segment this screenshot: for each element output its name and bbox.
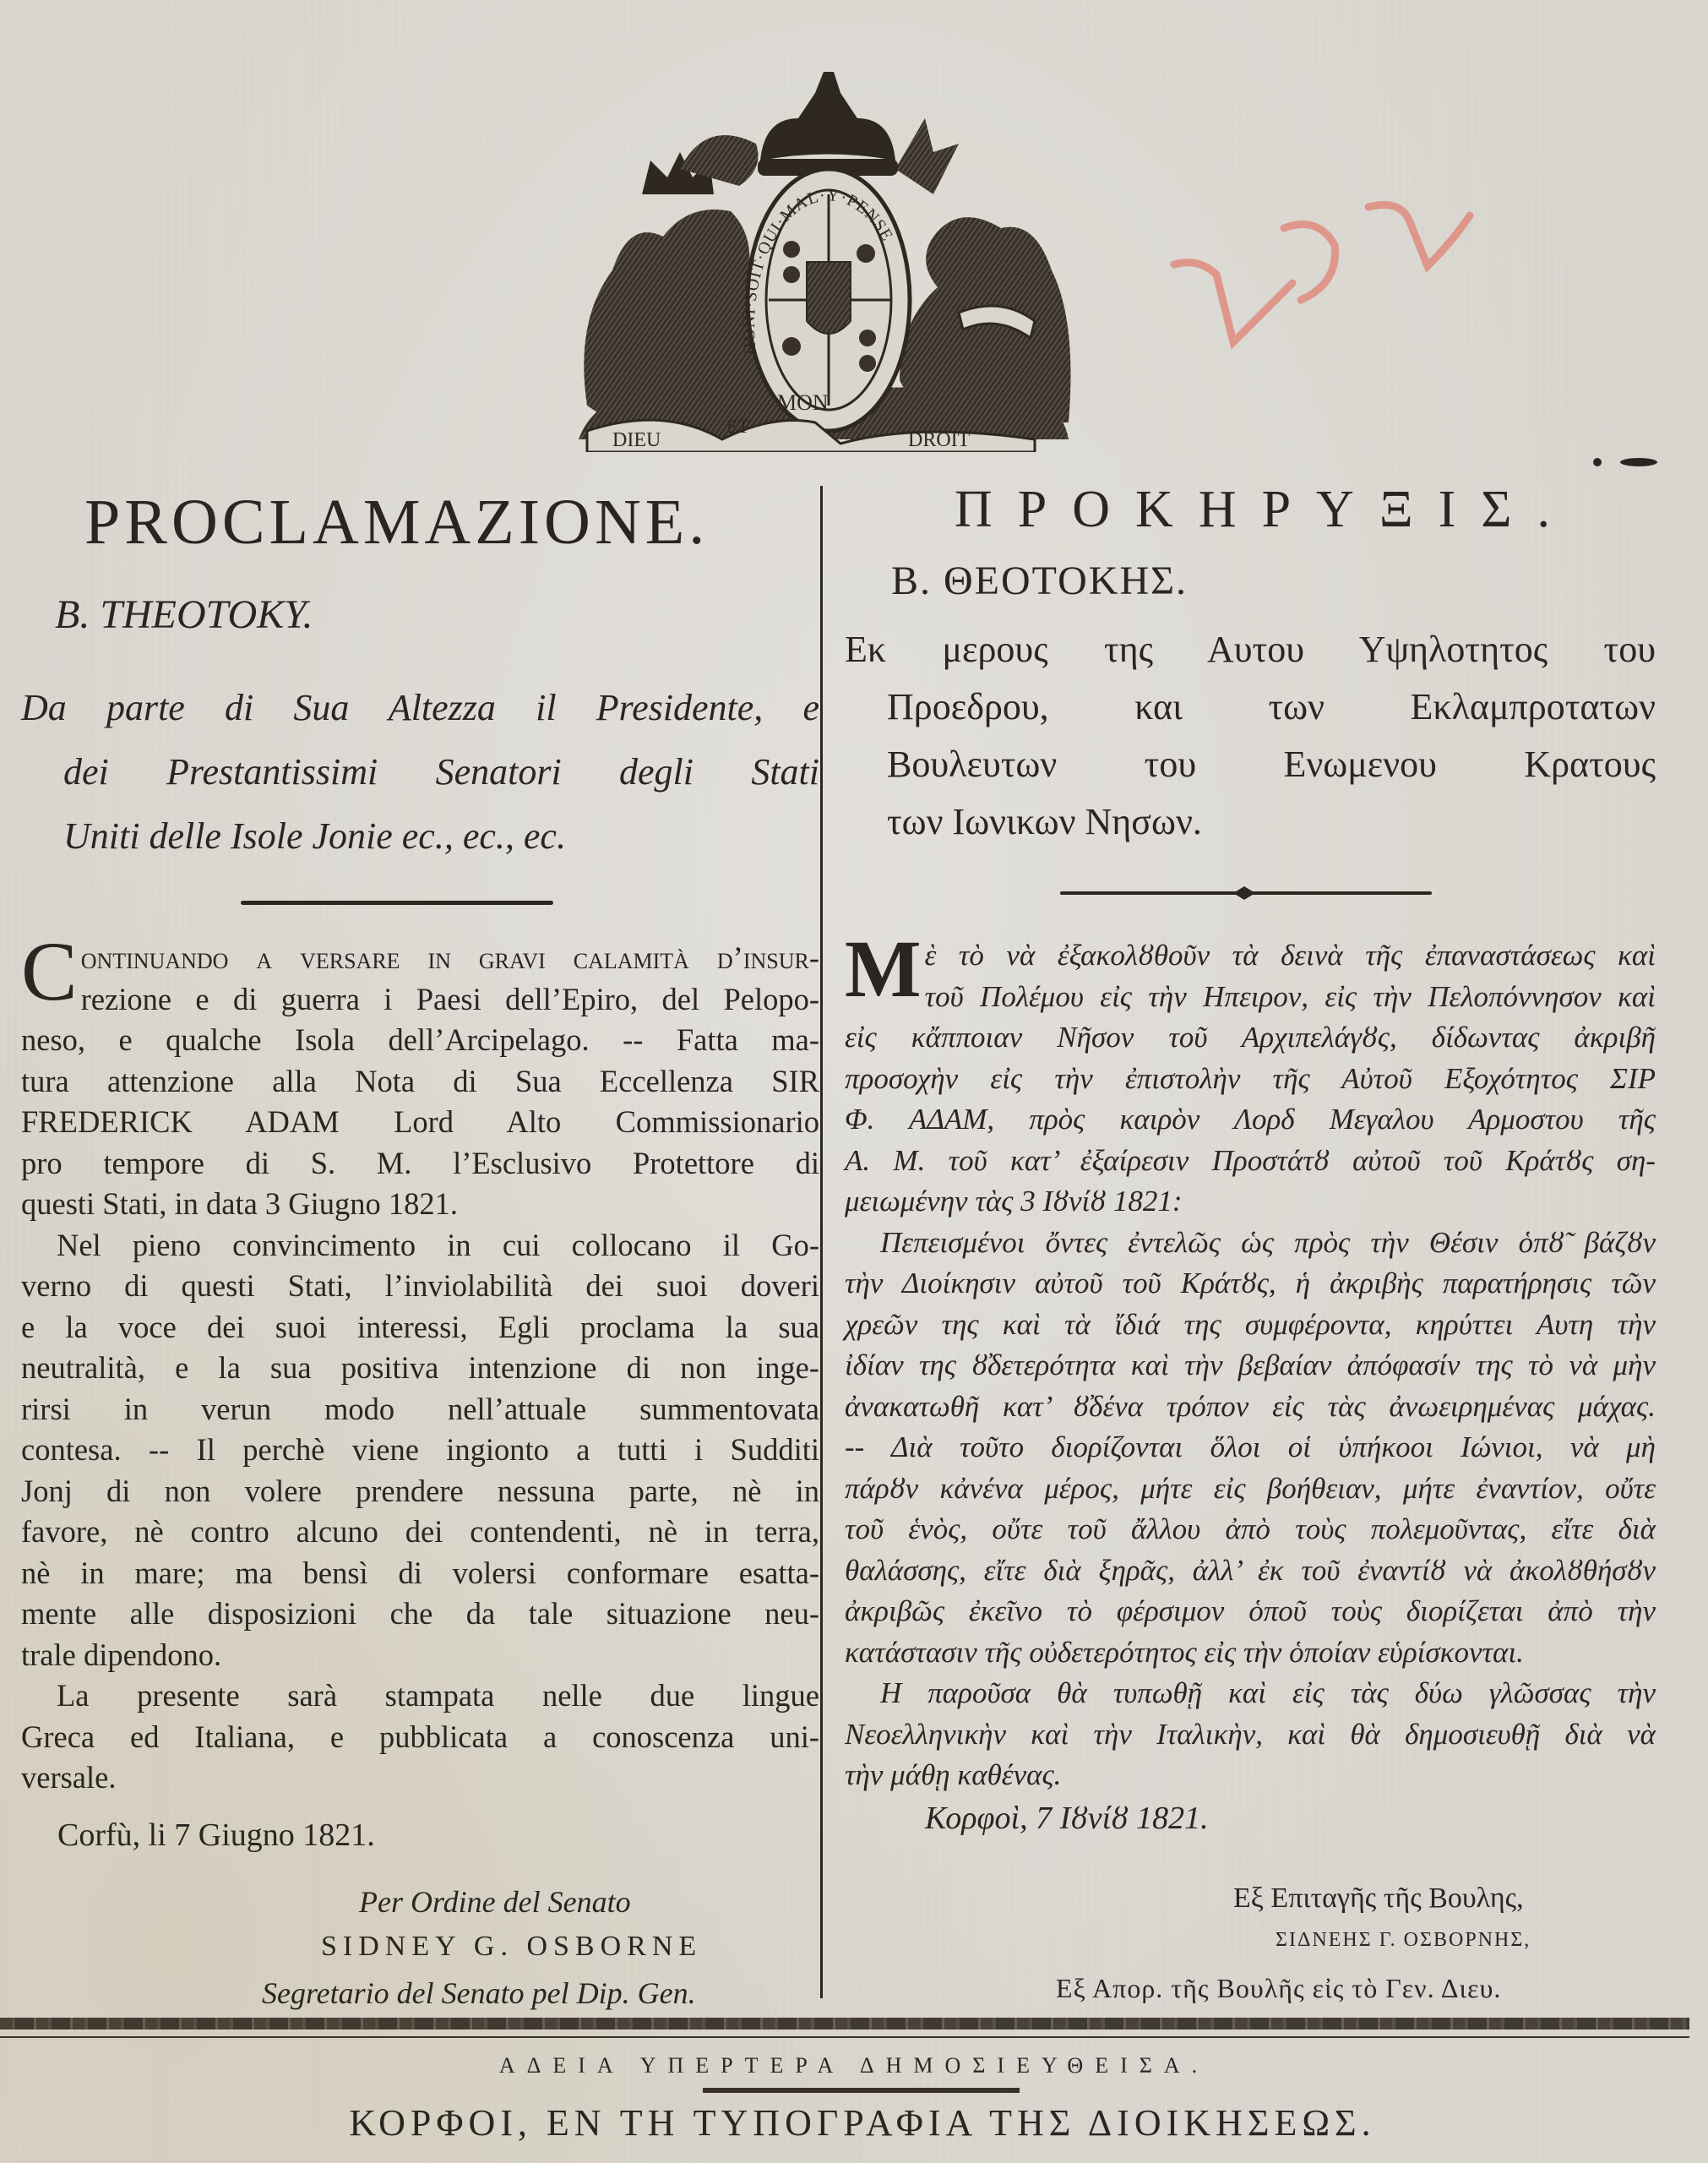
body-line: contesa. -- Il perchè viene ingionto a t… (21, 1430, 819, 1471)
body-line: ontinuando a versare in gravi calamità d… (21, 938, 819, 979)
body-line: Nel pieno convincimento in cui collocano… (21, 1225, 819, 1267)
italian-body: C ontinuando a versare in gravi calamità… (21, 938, 819, 1799)
greek-subtitle: Εκ μερους της Αυτου Υψηλοτητος του Προεδ… (845, 621, 1656, 851)
greek-date: Κορφοὶ, 7 Ιȣνίȣ 1821. (925, 1800, 1209, 1837)
italian-title: PROCLAMAZIONE. (84, 486, 709, 559)
body-line: Πεπεισμένοι ὄντες ἐντελῶς ὡς πρὸς τὴν Θέ… (845, 1223, 1656, 1264)
greek-signature-order: Εξ Επιταγῆς τῆς Βουλης, (1233, 1882, 1524, 1915)
subtitle-line: Uniti delle Isole Jonie ec., ec., ec. (21, 804, 819, 869)
svg-text:DROIT: DROIT (908, 429, 971, 451)
italian-signature-title: Segretario del Senato pel Dip. Gen. (262, 1975, 696, 2011)
body-line: Greca ed Italiana, e pubblicata a conosc… (21, 1717, 819, 1758)
body-line: versale. (21, 1757, 819, 1799)
body-line: pro tempore di S. M. l’Esclusivo Protett… (21, 1143, 819, 1185)
body-line: θαλάσσης, εἴτε διὰ ξηρᾶς, ἀλλ’ ἐκ τοῦ ἐν… (845, 1550, 1656, 1592)
subtitle-line: Βουλευτων του Ενωμενου Κρατους (845, 736, 1656, 793)
body-line: Η παροῦσα θὰ τυπωθῇ καὶ εἰς τὰς δύω γλῶσ… (845, 1673, 1656, 1714)
body-line: κατάστασιν τῆς οὐδετερότητος εἰς τὴν ὁπο… (845, 1632, 1656, 1674)
subtitle-line: Da parte di Sua Altezza il Presidente, e (21, 676, 819, 740)
greek-title: ΠΡΟΚΗΡΥΞΙΣ. (955, 480, 1575, 540)
italian-signature-order: Per Ordine del Senato (359, 1884, 631, 1920)
ornament-diamond-icon (1233, 886, 1255, 900)
body-line: τοῦ Πολέμου εἰς τὴν Ηπειρον, εἰς τὴν Πελ… (845, 977, 1656, 1018)
ornamental-rule (241, 901, 553, 905)
italian-date: Corfù, li 7 Giugno 1821. (57, 1817, 375, 1854)
body-line: favore, nè contro alcuno dei contendenti… (21, 1512, 819, 1553)
body-line: verno di questi Stati, l’inviolabilità d… (21, 1266, 819, 1307)
body-line: ἀκριβῶς ἐκεῖνο τὸ φέρσιμον ὁποῦ τοὺς διο… (845, 1591, 1656, 1632)
body-line: μειωμένην τὰς 3 Ιȣνίȣ 1821: (845, 1181, 1656, 1223)
body-line: mente alle disposizioni che da tale situ… (21, 1594, 819, 1635)
subtitle-line: Προεδρου, και των Εκλαμπροτατων (845, 678, 1656, 736)
footer-rule-thin (0, 2036, 1689, 2038)
footer-short-rule (703, 2088, 1020, 2093)
footer-rule-thick (0, 2018, 1689, 2030)
body-line: -- Διὰ τοῦτο διορίζονται ὅλοι οἱ ὑπήκοοι… (845, 1427, 1656, 1468)
greek-body: Μ ὲ τὸ νὰ ἐξακολȣθοῦν τὰ δεινὰ τῆς ἐπανα… (845, 935, 1656, 1796)
svg-text:DIEU: DIEU (612, 429, 661, 451)
body-line: εἰς κἄπποιαν Νῆσον τοῦ Αρχιπελάγȣς, δίδω… (845, 1017, 1656, 1059)
drop-cap: C (21, 938, 78, 1005)
body-line: ὲ τὸ νὰ ἐξακολȣθοῦν τὰ δεινὰ τῆς ἐπαναστ… (845, 935, 1656, 977)
royal-coat-of-arms-icon: HONI·SOIT·QUI·MAL·Y·PENSE DIEU ET MON DR… (562, 68, 1081, 452)
printer-imprint: ΚΟΡΦΟΙ, ΕΝ ΤΗ ΤΥΠΟΓΡΑΦΙΑ ΤΗΣ ΔΙΟΙΚΗΣΕΩΣ. (0, 2101, 1708, 2144)
body-line: Jonj di non volere prendere nessuna part… (21, 1471, 819, 1512)
license-line: ΑΔΕΙΑ ΥΠΕΡΤΕΡΑ ΔΗΜΟΣΙΕΥΘΕΙΣΑ. (0, 2053, 1708, 2079)
body-line: Α. Μ. τοῦ κατ’ ἐξαίρεσιν Προστάτȣ αὐτοῦ … (845, 1141, 1656, 1182)
body-line: χρεῶν της καὶ τὰ ἴδιά της συμφέροντα, κη… (845, 1305, 1656, 1346)
body-line: tura attenzione alla Nota di Sua Eccelle… (21, 1061, 819, 1103)
body-line: rezione e di guerra i Paesi dell’Epiro, … (21, 979, 819, 1021)
subtitle-line: Εκ μερους της Αυτου Υψηλοτητος του (845, 621, 1656, 678)
body-line: τοῦ ἑνὸς, οὔτε τοῦ ἄλλου ἀπὸ τοὺς πολεμο… (845, 1509, 1656, 1550)
body-line: πάρȣν κἀνένα μέρος, μήτε εἰς βοήθειαν, μ… (845, 1468, 1656, 1510)
body-line: ἰδίαν της ȣ̓δετερότητα καὶ τὴν βεβαίαν ἀ… (845, 1345, 1656, 1387)
italian-subtitle: Da parte di Sua Altezza il Presidente, e… (21, 676, 819, 869)
svg-text:ET: ET (726, 416, 749, 437)
greek-signature-title: Εξ Απορ. τῆς Βουλῆς εἰς τὸ Γεν. Διευ. (1056, 1973, 1501, 2004)
drop-cap: Μ (845, 935, 922, 1003)
greek-author: Β. ΘΕΟΤΟΚΗΣ. (891, 558, 1188, 604)
body-line: FREDERICK ADAM Lord Alto Commissionario (21, 1102, 819, 1143)
body-line: τὴν μάθῃ καθένας. (845, 1755, 1656, 1796)
greek-signature-name: ΣΙΔΝΕΗΣ Γ. ΟΣΒΟΡΝΗΣ, (1276, 1929, 1531, 1952)
subtitle-line: dei Prestantissimi Senatori degli Stati (21, 740, 819, 804)
body-line: Νεοελληνικὴν καὶ τὴν Ιταλικὴν, καὶ θὰ δη… (845, 1714, 1656, 1756)
body-line: trale dipendono. (21, 1635, 819, 1676)
body-line: Φ. ΑΔΑΜ, πρὸς καιρὸν Λορδ Μεγαλου Αρμοστ… (845, 1099, 1656, 1141)
subtitle-line: των Ιωνικων Νησων. (845, 793, 1656, 851)
body-line: e la voce dei suoi interessi, Egli procl… (21, 1307, 819, 1348)
body-line: questi Stati, in data 3 Giugno 1821. (21, 1184, 819, 1225)
svg-text:MON: MON (777, 390, 829, 415)
italian-author: B. THEOTOKY. (55, 591, 313, 638)
italian-signature-name: SIDNEY G. OSBORNE (321, 1931, 702, 1963)
body-line: προσοχὴν εἰς τὴν ἐπιστολὴν τῆς Αὐτοῦ Εξο… (845, 1059, 1656, 1100)
handwritten-annotation (1157, 173, 1529, 355)
body-line: τὴν Διοίκησιν αὐτοῦ τοῦ Κράτȣς, ἡ ἀκριβὴ… (845, 1263, 1656, 1305)
body-line: nè in mare; ma bensì di volersi conforma… (21, 1553, 819, 1594)
body-line: neutralità, e la sua positiva intenzione… (21, 1348, 819, 1389)
column-divider (820, 486, 823, 1998)
body-line: neso, e qualche Isola dell’Arcipelago. -… (21, 1020, 819, 1061)
body-line: La presente sarà stampata nelle due ling… (21, 1675, 819, 1717)
body-line: rirsi in verun modo nell’attuale summent… (21, 1389, 819, 1430)
body-line: ἀνακατωθῆ κατ’ ȣ̓δένα τρόπον εἰς τὰς ἀνω… (845, 1387, 1656, 1428)
ink-blot (1592, 456, 1660, 468)
